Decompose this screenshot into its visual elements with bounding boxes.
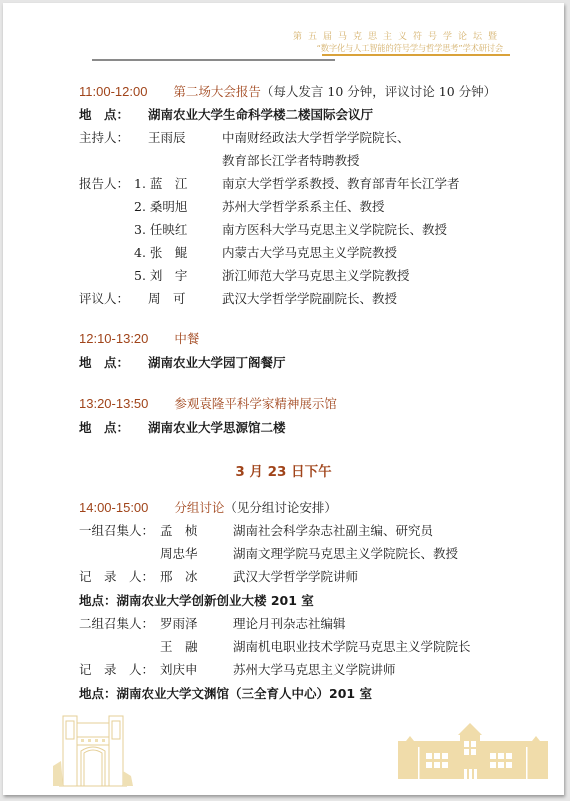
convener-title: 湖南社会科学杂志社副主编、研究员: [233, 523, 433, 539]
reviewer-name: 周 可: [148, 291, 186, 307]
speaker-title: 南京大学哲学系教授、教育部青年长江学者: [222, 176, 460, 192]
convener-name: 孟 桢: [160, 523, 198, 539]
visit-venue-label: 地 点：: [79, 420, 129, 436]
recorder-name: 刘庆申: [160, 662, 198, 678]
convener-name: 周忠华: [160, 546, 198, 562]
session-2-heading: 11:00-12:00 第二场大会报告（每人发言 10 分钟，评议讨论 10 分…: [79, 84, 496, 100]
reviewer-label: 评议人：: [79, 291, 129, 307]
speaker-name: 4. 张 鲲: [134, 245, 187, 261]
visit-title: 参观袁隆平科学家精神展示馆: [174, 396, 337, 411]
speakers-label: 报告人：: [79, 176, 129, 192]
speaker-name: 5. 刘 宇: [134, 268, 187, 284]
document-page: 第五届马克思主义符号学论坛暨 “数字化与人工智能的符号学与哲学思考”学术研讨会 …: [3, 3, 564, 795]
recorder-title: 武汉大学哲学学院讲师: [233, 569, 358, 585]
convener-name: 王 融: [160, 639, 198, 655]
speaker-name: 3. 任映红: [134, 222, 187, 238]
host-title-cont: 教育部长江学者特聘教授: [222, 153, 360, 169]
visit-time: 13:20-13:50: [79, 396, 148, 411]
speaker-title: 苏州大学哲学系系主任、教授: [222, 199, 385, 215]
group2-recorder-label: 记 录 人：: [79, 662, 154, 678]
lunch-time: 12:10-13:20: [79, 331, 148, 346]
group1-convener-label: 一组召集人：: [79, 523, 154, 539]
header-grey-rule: [92, 59, 335, 61]
speaker-title: 内蒙古大学马克思主义学院教授: [222, 245, 397, 261]
session-note: （每人发言 10 分钟，评议讨论 10 分钟）: [261, 84, 496, 99]
recorder-name: 邢 冰: [160, 569, 198, 585]
lunch-venue: 湖南农业大学园丁阁餐厅: [148, 355, 286, 371]
group-title: 分组讨论: [174, 500, 224, 515]
gate-illustration-icon: [53, 711, 148, 791]
visit-heading: 13:20-13:50 参观袁隆平科学家精神展示馆: [79, 396, 337, 412]
venue-value: 湖南农业大学生命科学楼二楼国际会议厅: [148, 107, 373, 123]
venue-label: 地 点：: [79, 107, 129, 123]
conference-header: 第五届马克思主义符号学论坛暨 “数字化与人工智能的符号学与哲学思考”学术研讨会: [293, 31, 503, 54]
speaker-name: 1. 蓝 江: [134, 176, 187, 192]
host-title: 中南财经政法大学哲学学院院长、: [222, 130, 410, 146]
group-discussion-heading: 14:00-15:00 分组讨论（见分组讨论安排）: [79, 500, 337, 516]
host-name: 王雨辰: [148, 130, 186, 146]
group1-recorder-label: 记 录 人：: [79, 569, 154, 585]
header-gold-rule: [322, 54, 510, 56]
group-time: 14:00-15:00: [79, 500, 148, 515]
building-illustration-icon: [398, 721, 548, 779]
visit-venue: 湖南农业大学思源馆二楼: [148, 420, 286, 436]
lunch-heading: 12:10-13:20 中餐: [79, 331, 199, 347]
lunch-venue-label: 地 点：: [79, 355, 129, 371]
header-line-1: 第五届马克思主义符号学论坛暨: [293, 31, 503, 43]
group2-venue: 地点：湖南农业大学文渊馆（三全育人中心）201 室: [79, 686, 372, 702]
group1-venue: 地点：湖南农业大学创新创业大楼 201 室: [79, 593, 314, 609]
convener-title: 湖南机电职业技术学院马克思主义学院院长: [233, 639, 471, 655]
speaker-title: 南方医科大学马克思主义学院院长、教授: [222, 222, 447, 238]
reviewer-title: 武汉大学哲学学院副院长、教授: [222, 291, 397, 307]
afternoon-heading: 3 月 23 日下午: [3, 460, 564, 480]
convener-title: 湖南文理学院马克思主义学院院长、教授: [233, 546, 458, 562]
session-title: 第二场大会报告: [173, 84, 261, 99]
speaker-title: 浙江师范大学马克思主义学院教授: [222, 268, 410, 284]
convener-name: 罗雨泽: [160, 616, 198, 632]
recorder-title: 苏州大学马克思主义学院讲师: [233, 662, 396, 678]
header-line-2: “数字化与人工智能的符号学与哲学思考”学术研讨会: [293, 43, 503, 54]
session-time: 11:00-12:00: [79, 84, 147, 99]
lunch-title: 中餐: [174, 331, 199, 346]
group2-convener-label: 二组召集人：: [79, 616, 154, 632]
convener-title: 理论月刊杂志社编辑: [233, 616, 346, 632]
group-note: （见分组讨论安排）: [224, 500, 337, 515]
speaker-name: 2. 桑明旭: [134, 199, 187, 215]
host-label: 主持人：: [79, 130, 129, 146]
